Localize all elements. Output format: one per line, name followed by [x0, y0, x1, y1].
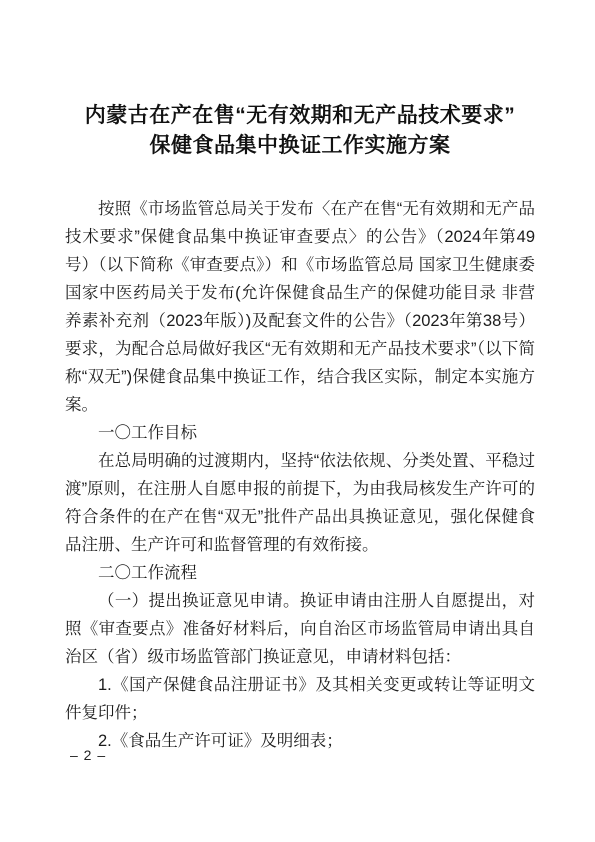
title-line: 保健食品集中换证工作实施方案 [65, 131, 535, 161]
body-list-item: 2.《食品生产许可证》及明细表； [65, 727, 535, 755]
body-list-item: 1.《国产保健食品注册证书》及其相关变更或转让等证明文件复印件； [65, 671, 535, 727]
body-heading: 一〇工作目标 [65, 419, 535, 447]
page-number: – 2 – [70, 747, 106, 763]
body-paragraph: 按照《市场监管总局关于发布〈在产在售“无有效期和无产品技术要求”保健食品集中换证… [65, 195, 535, 419]
document-page: 内蒙古在产在售“无有效期和无产品技术要求”保健食品集中换证工作实施方案 按照《市… [0, 0, 595, 842]
body-paragraph: 在总局明确的过渡期内，坚持“依法依规、分类处置、平稳过渡”原则，在注册人自愿申报… [65, 447, 535, 559]
document-body: 按照《市场监管总局关于发布〈在产在售“无有效期和无产品技术要求”保健食品集中换证… [65, 195, 535, 755]
body-heading: 二〇工作流程 [65, 559, 535, 587]
title-line: 内蒙古在产在售“无有效期和无产品技术要求” [65, 101, 535, 131]
body-paragraph: （一）提出换证意见申请。换证申请由注册人自愿提出，对照《审查要点》准备好材料后，… [65, 587, 535, 671]
document-title: 内蒙古在产在售“无有效期和无产品技术要求”保健食品集中换证工作实施方案 [65, 101, 535, 161]
